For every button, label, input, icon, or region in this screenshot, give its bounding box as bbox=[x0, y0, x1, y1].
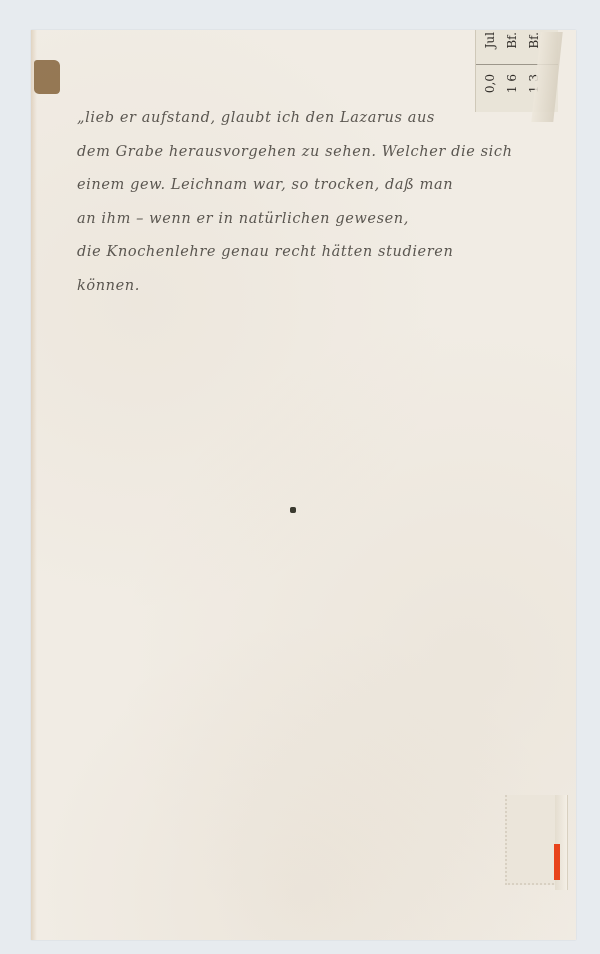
label-text-bottom-1: 0,0 bbox=[484, 74, 496, 93]
handwriting-line-6: können. bbox=[77, 270, 567, 304]
handwritten-text: „lieb er aufstand, glaubt ich den Lazaru… bbox=[77, 102, 567, 303]
postcard-back: Jul Bf. Bf. 0,0 1 6 1 3 „lieb er aufstan… bbox=[31, 30, 576, 940]
label-text-top-2: Bf. bbox=[506, 32, 518, 49]
handwriting-line-1: „lieb er aufstand, glaubt ich den Lazaru… bbox=[77, 102, 567, 136]
stamp-fragment bbox=[505, 795, 557, 885]
handwriting-line-2: dem Grabe herausvorgehen zu sehen. Welch… bbox=[77, 136, 567, 170]
ink-speck bbox=[290, 507, 296, 513]
label-text-top-1: Jul bbox=[484, 32, 496, 48]
glue-stain bbox=[34, 60, 60, 94]
handwriting-line-5: die Knochenlehre genau recht hätten stud… bbox=[77, 236, 567, 270]
red-mark bbox=[554, 844, 560, 880]
label-text-bottom-2: 1 6 bbox=[506, 74, 518, 93]
handwriting-line-4: an ihm – wenn er in natürlichen gewesen, bbox=[77, 203, 567, 237]
handwriting-line-3: einem gew. Leichnam war, so trocken, daß… bbox=[77, 169, 567, 203]
